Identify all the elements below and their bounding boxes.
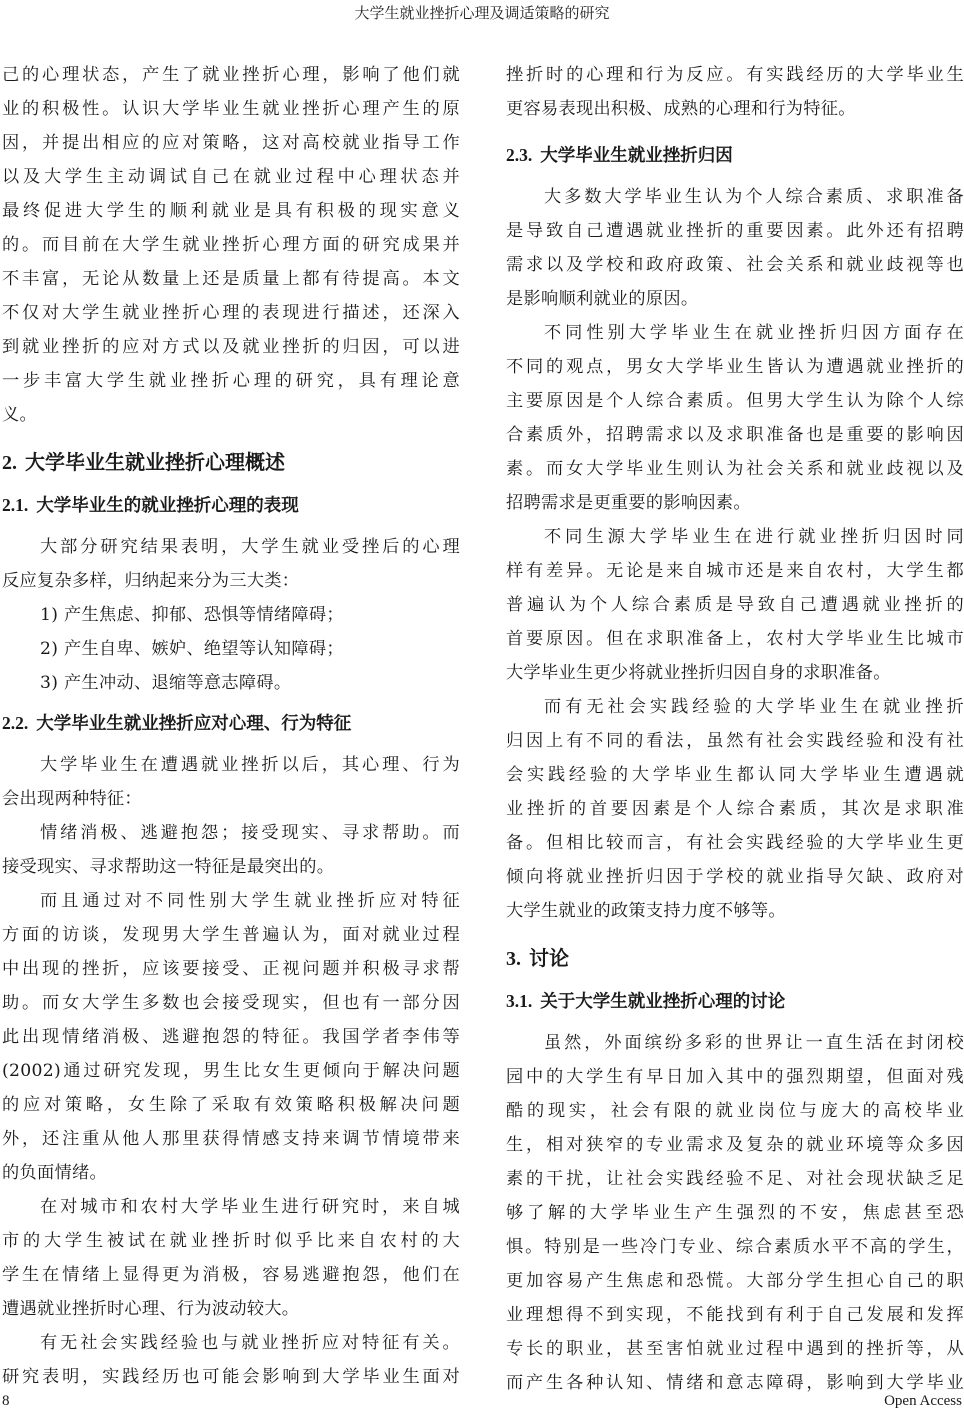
open-access-label: Open Access — [884, 1393, 962, 1410]
text-line: 助。而女大学生多数也会接受现实，但也有一部分因 — [2, 986, 460, 1020]
text-line: 义。 — [2, 398, 460, 432]
section-3-1-paragraph-1: 虽然，外面缤纷多彩的世界让一直生活在封闭校 园中的大学生有早日加入其中的强烈期望… — [506, 1026, 964, 1400]
text-line: 中出现的挫折，应该要接受、正视问题并积极寻求帮 — [2, 952, 460, 986]
text-line: 在对城市和农村大学毕业生进行研究时，来自城 — [2, 1190, 460, 1224]
text-line: 研究表明，实践经历也可能会影响到大学毕业生面对 — [2, 1360, 460, 1394]
text-line: 归因上有不同的看法，虽然有社会实践经验和没有社 — [506, 724, 964, 758]
section-heading-2-2: 2.2.大学毕业生就业挫折应对心理、行为特征 — [2, 704, 460, 742]
section-title: 关于大学生就业挫折心理的讨论 — [540, 992, 785, 1012]
obstacle-list: 1) 产生焦虑、抑郁、恐惧等情绪障碍； 2) 产生自卑、嫉妒、绝望等认知障碍； … — [2, 598, 460, 700]
section-2-3-paragraph-1: 大多数大学毕业生认为个人综合素质、求职准备 是导致自己遭遇就业挫折的重要因素。此… — [506, 180, 964, 316]
intro-paragraph: 己的心理状态，产生了就业挫折心理，影响了他们就 业的积极性。认识大学毕业生就业挫… — [2, 58, 460, 432]
text-line: 反应复杂多样，归纳起来分为三大类： — [2, 564, 460, 598]
text-line: 有无社会实践经验也与就业挫折应对特征有关。 — [2, 1326, 460, 1360]
text-line: 酷的现实，社会有限的就业岗位与庞大的高校毕业 — [506, 1094, 964, 1128]
section-2-3-paragraph-4: 而有无社会实践经验的大学毕业生在就业挫折 归因上有不同的看法，虽然有社会实践经验… — [506, 690, 964, 928]
text-line: 情绪消极、逃避抱怨；接受现实、寻求帮助。而 — [2, 816, 460, 850]
section-heading-2-1: 2.1.大学毕业生的就业挫折心理的表现 — [2, 486, 460, 524]
text-line: 更加容易产生焦虑和恐慌。大部分学生担心自己的职 — [506, 1264, 964, 1298]
text-line: 素。而女大学毕业生则认为社会关系和就业歧视以及 — [506, 452, 964, 486]
text-line: 市的大学生被试在就业挫折时似乎比来自农村的大 — [2, 1224, 460, 1258]
text-line: 不同生源大学毕业生在进行就业挫折归因时同 — [506, 520, 964, 554]
text-line: 业的积极性。认识大学毕业生就业挫折心理产生的原 — [2, 92, 460, 126]
text-line: 以及大学生主动调试自己在就业过程中心理状态并 — [2, 160, 460, 194]
text-line: 专长的职业，甚至害怕就业过程中遇到的挫折等，从 — [506, 1332, 964, 1366]
text-line: 的负面情绪。 — [2, 1156, 460, 1190]
text-line: 不仅对大学生就业挫折心理的表现进行描述，还深入 — [2, 296, 460, 330]
running-header-title: 大学生就业挫折心理及调适策略的研究 — [0, 2, 964, 23]
section-heading-2: 2.大学毕业生就业挫折心理概述 — [2, 442, 460, 482]
text-line: 够了解的大学毕业生产生强烈的不安，焦虑甚至恐 — [506, 1196, 964, 1230]
section-2-2-paragraph-5: 有无社会实践经验也与就业挫折应对特征有关。 研究表明，实践经历也可能会影响到大学… — [2, 1326, 460, 1394]
section-heading-3: 3.讨论 — [506, 938, 964, 978]
text-line: 业理想得不到实现，不能找到有利于自己发展和发挥 — [506, 1298, 964, 1332]
left-column: 己的心理状态，产生了就业挫折心理，影响了他们就 业的积极性。认识大学毕业生就业挫… — [2, 58, 460, 1394]
text-line: 此出现情绪消极、逃避抱怨的特征。我国学者李伟等 — [2, 1020, 460, 1054]
section-number: 3. — [506, 948, 521, 970]
text-line: 大学毕业生更少将就业挫折归因自身的求职准备。 — [506, 656, 964, 690]
text-line: 园中的大学生有早日加入其中的强烈期望，但面对残 — [506, 1060, 964, 1094]
text-line: 不同性别大学毕业生在就业挫折归因方面存在 — [506, 316, 964, 350]
text-line: 素的干扰，让社会实践经验不足、对社会现状缺乏足 — [506, 1162, 964, 1196]
text-line: 普遍认为个人综合素质是导致自己遭遇就业挫折的 — [506, 588, 964, 622]
text-line: 招聘需求是更重要的影响因素。 — [506, 486, 964, 520]
text-line: 而有无社会实践经验的大学毕业生在就业挫折 — [506, 690, 964, 724]
text-line: 惧。特别是一些冷门专业、综合素质水平不高的学生， — [506, 1230, 964, 1264]
text-line: 挫折时的心理和行为反应。有实践经历的大学毕业生 — [506, 58, 964, 92]
section-number: 2.1. — [2, 495, 28, 515]
text-line: 业挫折的首要因素是个人综合素质，其次是求职准 — [506, 792, 964, 826]
section-2-1-paragraph: 大部分研究结果表明，大学生就业受挫后的心理 反应复杂多样，归纳起来分为三大类： — [2, 530, 460, 598]
text-line: 方面的访谈，发现男大学生普遍认为，面对就业过程 — [2, 918, 460, 952]
text-line: 大部分研究结果表明，大学生就业受挫后的心理 — [2, 530, 460, 564]
text-line: 不丰富，无论从数量上还是质量上都有待提高。本文 — [2, 262, 460, 296]
text-line: 接受现实、寻求帮助这一特征是最突出的。 — [2, 850, 460, 884]
text-line: 倾向将就业挫折归因于学校的就业指导欠缺、政府对 — [506, 860, 964, 894]
text-line: 合素质外，招聘需求以及求职准备也是重要的影响因 — [506, 418, 964, 452]
text-line: 生，相对狭窄的专业需求及复杂的就业环境等众多因 — [506, 1128, 964, 1162]
text-line: 遭遇就业挫折时心理、行为波动较大。 — [2, 1292, 460, 1326]
text-line: 学生在情绪上显得更为消极，容易逃避抱怨，他们在 — [2, 1258, 460, 1292]
section-number: 2.2. — [2, 713, 28, 733]
section-title: 大学毕业生的就业挫折心理的表现 — [36, 496, 299, 516]
text-line: 会出现两种特征： — [2, 782, 460, 816]
text-line: (2002)通过研究发现，男生比女生更倾向于解决问题 — [2, 1054, 460, 1088]
text-line: 会实践经验的大学毕业生都认同大学毕业生遭遇就 — [506, 758, 964, 792]
text-line: 的应对策略，女生除了采取有效策略积极解决问题 — [2, 1088, 460, 1122]
text-line: 最终促进大学生的顺利就业是具有积极的现实意义 — [2, 194, 460, 228]
text-line: 大多数大学毕业生认为个人综合素质、求职准备 — [506, 180, 964, 214]
text-line: 需求以及学校和政府政策、社会关系和就业歧视等也 — [506, 248, 964, 282]
section-title: 大学毕业生就业挫折心理概述 — [25, 450, 285, 474]
text-line: 因，并提出相应的应对策略，这对高校就业指导工作 — [2, 126, 460, 160]
text-line: 更容易表现出积极、成熟的心理和行为特征。 — [506, 92, 964, 126]
section-2-2-paragraph-4: 在对城市和农村大学毕业生进行研究时，来自城 市的大学生被试在就业挫折时似乎比来自… — [2, 1190, 460, 1326]
text-line: 备。但相比较而言，有社会实践经验的大学毕业生更 — [506, 826, 964, 860]
text-line: 而且通过对不同性别大学生就业挫折应对特征 — [2, 884, 460, 918]
list-item: 1) 产生焦虑、抑郁、恐惧等情绪障碍； — [2, 598, 460, 632]
text-line: 是影响顺利就业的原因。 — [506, 282, 964, 316]
section-2-3-paragraph-2: 不同性别大学毕业生在就业挫折归因方面存在 不同的观点，男女大学毕业生皆认为遭遇就… — [506, 316, 964, 520]
text-line: 样有差异。无论是来自城市还是来自农村，大学生都 — [506, 554, 964, 588]
section-2-2-paragraph-3: 而且通过对不同性别大学生就业挫折应对特征 方面的访谈，发现男大学生普遍认为，面对… — [2, 884, 460, 1190]
list-item: 2) 产生自卑、嫉妒、绝望等认知障碍； — [2, 632, 460, 666]
text-line: 大学生就业的政策支持力度不够等。 — [506, 894, 964, 928]
section-2-3-paragraph-3: 不同生源大学毕业生在进行就业挫折归因时同 样有差异。无论是来自城市还是来自农村，… — [506, 520, 964, 690]
text-line: 是导致自己遭遇就业挫折的重要因素。此外还有招聘 — [506, 214, 964, 248]
text-line: 外，还注重从他人那里获得情感支持来调节情境带来 — [2, 1122, 460, 1156]
section-2-2-paragraph-2: 情绪消极、逃避抱怨；接受现实、寻求帮助。而 接受现实、寻求帮助这一特征是最突出的… — [2, 816, 460, 884]
text-line: 的。而目前在大学生就业挫折心理方面的研究成果并 — [2, 228, 460, 262]
list-item: 3) 产生冲动、退缩等意志障碍。 — [2, 666, 460, 700]
text-line: 不同的观点，男女大学毕业生皆认为遭遇就业挫折的 — [506, 350, 964, 384]
text-line: 大学毕业生在遭遇就业挫折以后，其心理、行为 — [2, 748, 460, 782]
continued-paragraph: 挫折时的心理和行为反应。有实践经历的大学毕业生 更容易表现出积极、成熟的心理和行… — [506, 58, 964, 126]
section-title: 讨论 — [529, 946, 569, 970]
text-line: 虽然，外面缤纷多彩的世界让一直生活在封闭校 — [506, 1026, 964, 1060]
text-line: 一步丰富大学生就业挫折心理的研究，具有理论意 — [2, 364, 460, 398]
text-line: 首要原因。但在求职准备上，农村大学毕业生比城市 — [506, 622, 964, 656]
section-heading-3-1: 3.1.关于大学生就业挫折心理的讨论 — [506, 982, 964, 1020]
section-title: 大学毕业生就业挫折归因 — [540, 146, 733, 166]
section-2-2-paragraph-1: 大学毕业生在遭遇就业挫折以后，其心理、行为 会出现两种特征： — [2, 748, 460, 816]
text-line: 到就业挫折的应对方式以及就业挫折的归因，可以进 — [2, 330, 460, 364]
page-number: 8 — [2, 1393, 10, 1410]
section-title: 大学毕业生就业挫折应对心理、行为特征 — [36, 714, 351, 734]
text-line: 主要原因是个人综合素质。但男大学生认为除个人综 — [506, 384, 964, 418]
text-line: 己的心理状态，产生了就业挫折心理，影响了他们就 — [2, 58, 460, 92]
section-number: 3.1. — [506, 991, 532, 1011]
section-heading-2-3: 2.3.大学毕业生就业挫折归因 — [506, 136, 964, 174]
section-number: 2. — [2, 452, 17, 474]
section-number: 2.3. — [506, 145, 532, 165]
right-column: 挫折时的心理和行为反应。有实践经历的大学毕业生 更容易表现出积极、成熟的心理和行… — [506, 58, 964, 1400]
